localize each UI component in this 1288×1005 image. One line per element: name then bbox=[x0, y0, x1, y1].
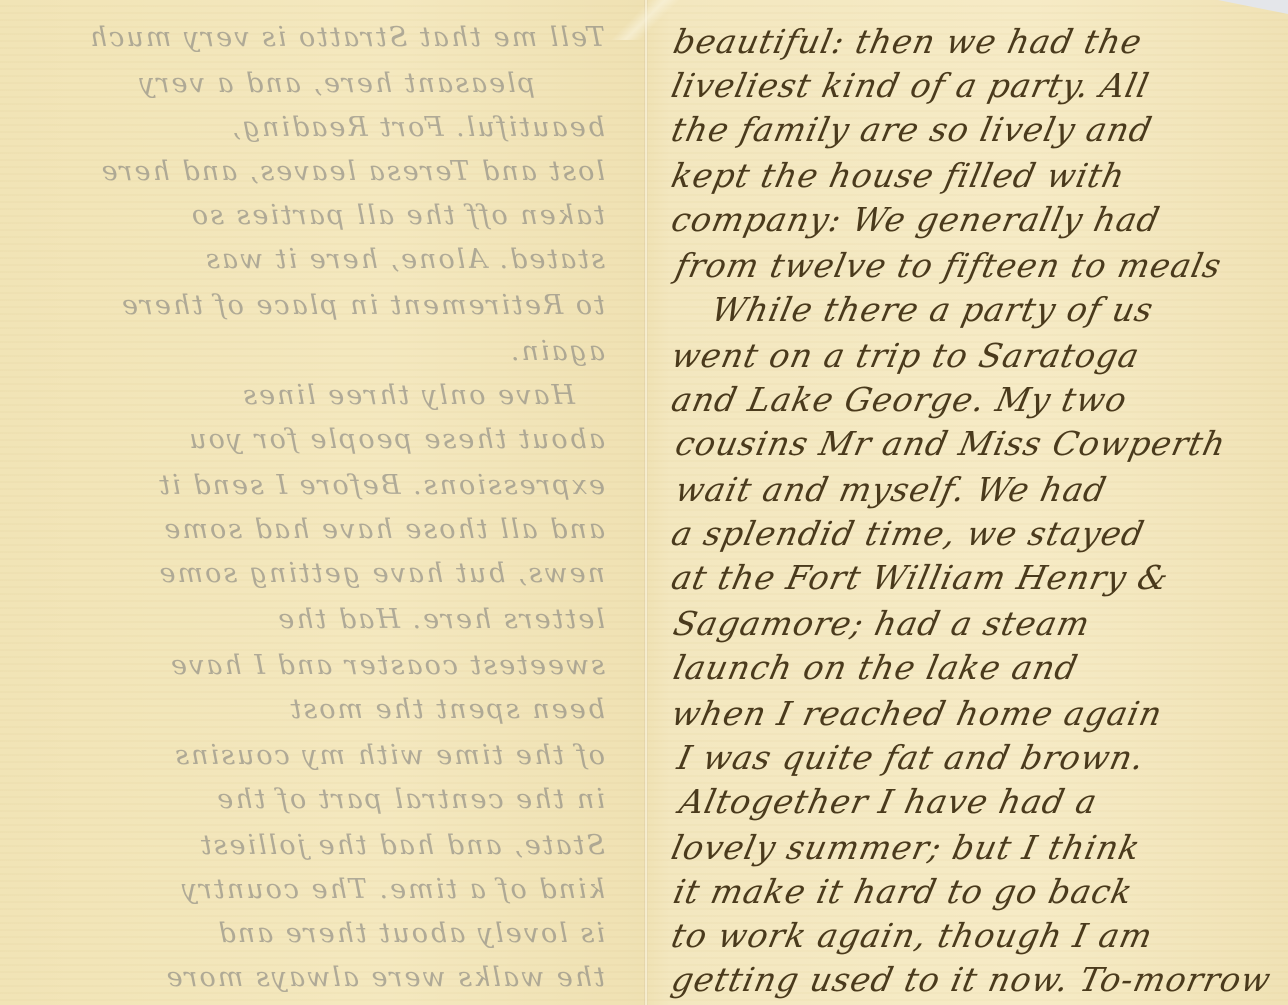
handwritten-line: launch on the lake and bbox=[670, 648, 1082, 687]
ghost-line: letters here. Had the bbox=[276, 604, 605, 635]
bleed-through-text: Tell me that Stratto is very much pleasa… bbox=[0, 0, 645, 1005]
ghost-line: kind of a time. The country bbox=[180, 874, 605, 905]
handwritten-line: Altogether I have had a bbox=[676, 782, 1101, 821]
handwritten-line: kept the house filled with bbox=[668, 156, 1129, 195]
ghost-line: pleasant here, and a very bbox=[137, 68, 535, 99]
handwritten-line: to work again, though I am bbox=[668, 916, 1157, 955]
ghost-line: and all those have had some bbox=[162, 514, 605, 545]
ghost-line: expressions. Before I send it bbox=[157, 470, 605, 501]
handwritten-line: I was quite fat and brown. bbox=[674, 738, 1148, 777]
left-page: Tell me that Stratto is very much pleasa… bbox=[0, 0, 645, 1005]
ghost-line: Have only three lines bbox=[241, 380, 575, 411]
handwritten-line: a splendid time, we stayed bbox=[668, 514, 1148, 553]
ghost-line: news, but have getting some bbox=[158, 558, 605, 589]
ghost-line: of the time with my cousins bbox=[173, 740, 605, 771]
handwritten-line: and Lake George. My two bbox=[668, 380, 1131, 419]
ghost-line: again. bbox=[509, 336, 605, 367]
handwritten-line: from twelve to fifteen to meals bbox=[672, 246, 1225, 285]
handwritten-line: at the Fort William Henry & bbox=[668, 558, 1173, 597]
ghost-line: been spent the most bbox=[288, 694, 605, 725]
ghost-line: about these people for you bbox=[187, 424, 605, 455]
ghost-line: beautiful. Fort Reading, bbox=[230, 112, 605, 143]
handwritten-line: lovely summer; but I think bbox=[668, 828, 1144, 867]
handwritten-line: the family are so lively and bbox=[668, 110, 1156, 149]
ghost-line: the walks were always more bbox=[165, 962, 605, 993]
handwritten-line: getting used to it now. To-morrow bbox=[668, 960, 1275, 999]
handwritten-line: company: We generally had bbox=[668, 200, 1164, 239]
handwritten-line: wait and myself. We had bbox=[672, 470, 1110, 509]
handwritten-line: went on a trip to Saratoga bbox=[668, 336, 1143, 375]
ghost-line: lost and Teresa leaves, and here bbox=[100, 156, 605, 187]
ghost-line: is lovely about there and bbox=[216, 918, 605, 949]
scan-corner bbox=[1218, 0, 1288, 14]
handwritten-line: beautiful: then we had the bbox=[670, 22, 1146, 61]
handwritten-line: Sagamore; had a steam bbox=[670, 604, 1094, 643]
ghost-line: sweetest coaster and I have bbox=[169, 650, 605, 681]
ghost-line: stated. Alone, here it was bbox=[204, 244, 605, 275]
ghost-line: Tell me that Stratto is very much bbox=[88, 22, 605, 53]
ghost-line: in the central part of the bbox=[215, 784, 605, 815]
ghost-line: to Retirement in place of there bbox=[120, 290, 605, 321]
handwritten-line: it make it hard to go back bbox=[670, 872, 1137, 911]
ghost-line: taken off the all parties so bbox=[190, 200, 605, 231]
handwritten-line: liveliest kind of a party. All bbox=[668, 66, 1153, 105]
ghost-line: State, and had the jolliest bbox=[199, 830, 605, 861]
handwritten-line: when I reached home again bbox=[668, 694, 1166, 733]
handwritten-line: cousins Mr and Miss Cowperth bbox=[672, 424, 1230, 463]
letter-scan: Tell me that Stratto is very much pleasa… bbox=[0, 0, 1288, 1005]
handwritten-line: While there a party of us bbox=[708, 290, 1157, 329]
right-page: beautiful: then we had the liveliest kin… bbox=[648, 0, 1288, 1005]
